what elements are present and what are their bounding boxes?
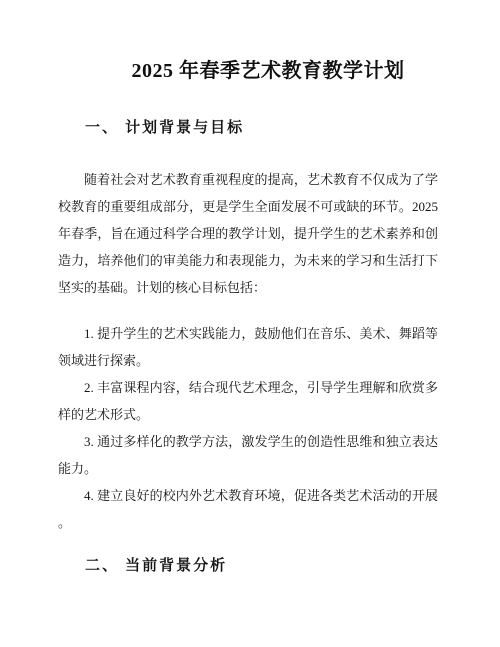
section-heading-plan-background-goals: 一、 计划背景与目标 xyxy=(85,117,438,139)
intro-paragraph: 随着社会对艺术教育重视程度的提高，艺术教育不仅成为了学校教育的重要组成部分，更是… xyxy=(58,166,438,301)
goal-list-item-1: 1. 提升学生的艺术实践能力，鼓励他们在音乐、美术、舞蹈等领域进行探索。 xyxy=(58,320,438,374)
goal-list-item-2: 2. 丰富课程内容，结合现代艺术理念，引导学生理解和欣赏多样的艺术形式。 xyxy=(58,374,438,428)
goal-list: 1. 提升学生的艺术实践能力，鼓励他们在音乐、美术、舞蹈等领域进行探索。 2. … xyxy=(58,320,438,536)
document-page: 2025 年春季艺术教育教学计划 一、 计划背景与目标 随着社会对艺术教育重视程… xyxy=(0,0,500,647)
goal-list-item-3: 3. 通过多样化的教学方法，激发学生的创造性思维和独立表达能力。 xyxy=(58,428,438,482)
section-heading-current-background-analysis: 二、 当前背景分析 xyxy=(85,555,438,577)
document-title: 2025 年春季艺术教育教学计划 xyxy=(58,56,438,86)
goal-list-item-4: 4. 建立良好的校内外艺术教育环境，促进各类艺术活动的开展。 xyxy=(58,482,438,536)
